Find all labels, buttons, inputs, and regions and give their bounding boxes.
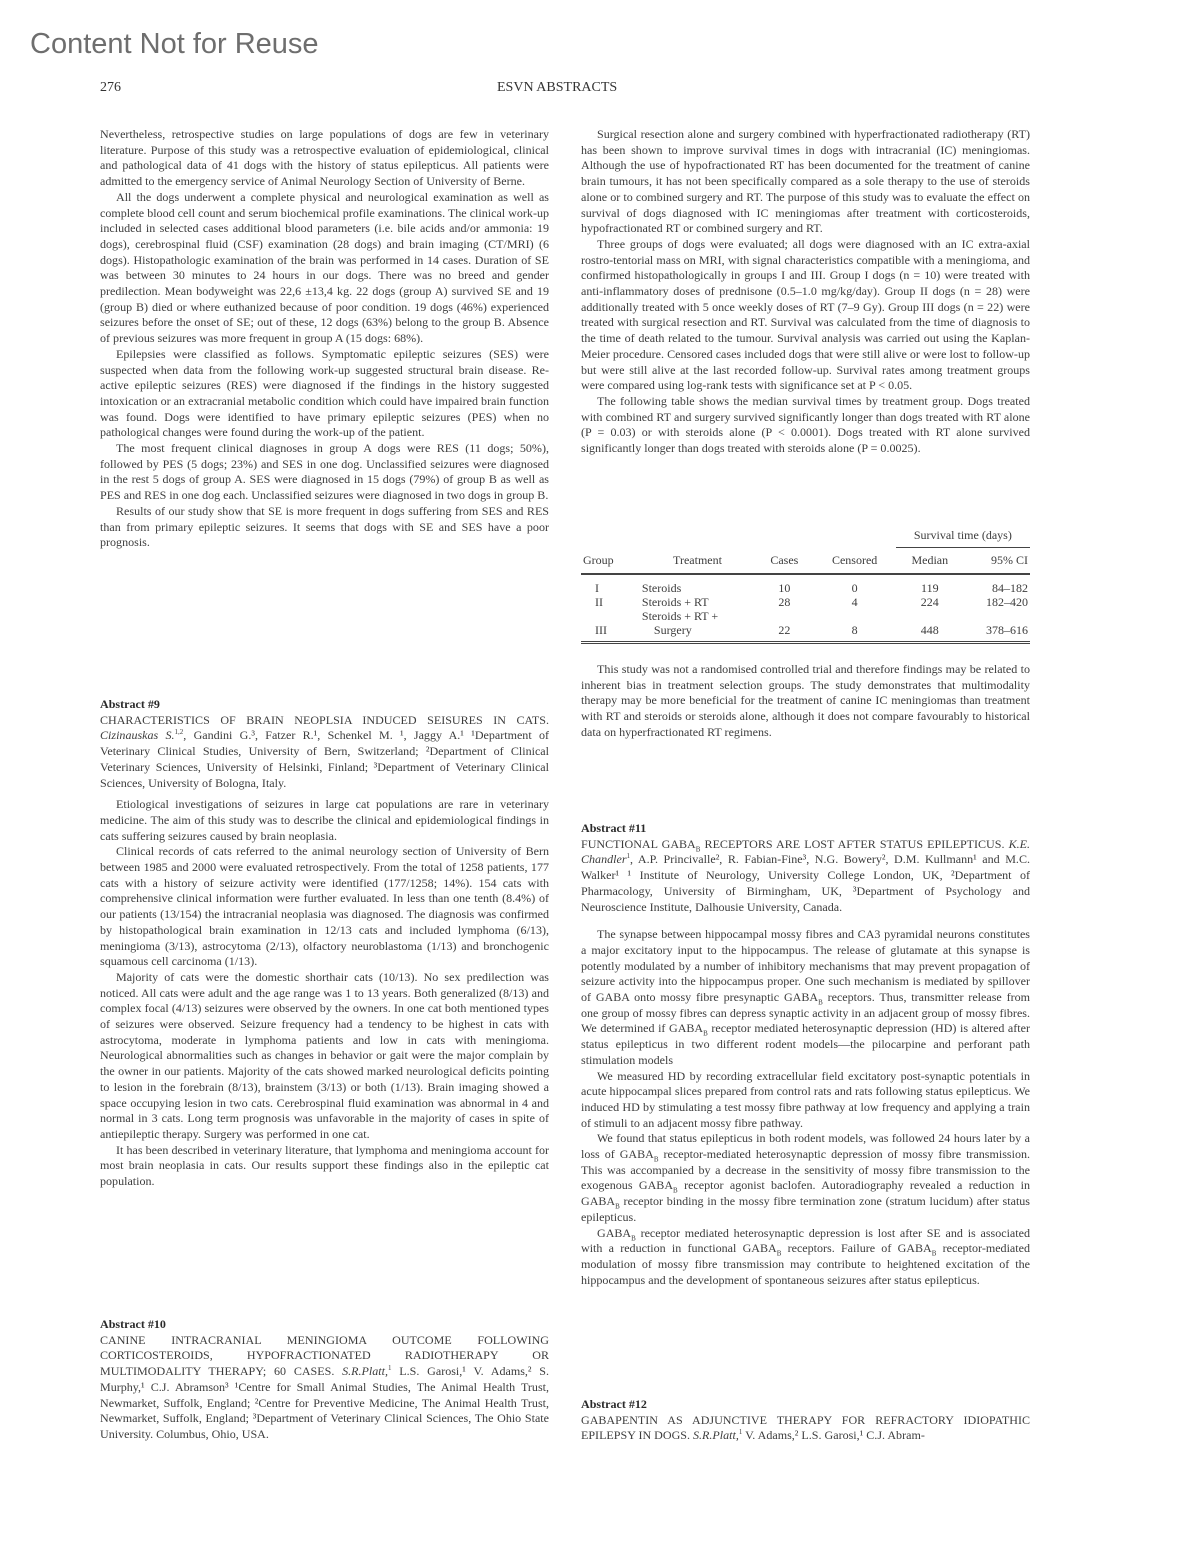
left-column-continuation: Nevertheless, retrospective studies on l… — [100, 127, 549, 551]
paragraph: This study was not a randomised controll… — [581, 662, 1030, 741]
table-row-continued: Steroids + RT + — [581, 609, 1030, 623]
cell-ci: 182–420 — [964, 595, 1030, 609]
first-author: Cizinauskas S. — [100, 728, 175, 742]
cell-censored: 0 — [814, 574, 896, 595]
abstract-label: Abstract #12 — [581, 1397, 1030, 1413]
survival-table: Survival time (days) Group Treatment Cas… — [581, 528, 1030, 644]
abstract-label: Abstract #11 — [581, 821, 1030, 837]
cell-cases: 22 — [755, 623, 813, 643]
column-header-censored: Censored — [814, 548, 896, 575]
cell-treatment-line2: Surgery — [640, 623, 755, 643]
cell-median: 119 — [896, 574, 964, 595]
paragraph: It has been described in veterinary lite… — [100, 1143, 549, 1190]
paragraph: The most frequent clinical diagnoses in … — [100, 441, 549, 504]
abstract-10-heading: Abstract #10 CANINE INTRACRANIAL MENINGI… — [100, 1317, 549, 1443]
paragraph: Surgical resection alone and surgery com… — [581, 127, 1030, 237]
abstract-10-body: Surgical resection alone and surgery com… — [581, 127, 1030, 457]
abstract-heading: CHARACTERISTICS OF BRAIN NEOPLSIA INDUCE… — [100, 713, 549, 792]
paragraph: Etiological investigations of seizures i… — [100, 797, 549, 844]
paragraph: Nevertheless, retrospective studies on l… — [100, 127, 549, 190]
paragraph: Majority of cats were the domestic short… — [100, 970, 549, 1143]
abstract-title: CHARACTERISTICS OF BRAIN NEOPLSIA INDUCE… — [100, 713, 549, 727]
cell-ci: 84–182 — [964, 574, 1030, 595]
page-number: 276 — [100, 80, 121, 96]
cell-cases: 28 — [755, 595, 813, 609]
table-row: II Steroids + RT 28 4 224 182–420 — [581, 595, 1030, 609]
first-author: S.R.Platt, — [693, 1428, 739, 1442]
cell-ci: 378–616 — [964, 623, 1030, 643]
cell-group: III — [581, 623, 640, 643]
column-header-median: Median — [896, 548, 964, 575]
affiliations: ¹ Institute of Neurology, University Col… — [581, 868, 1030, 913]
table-row: I Steroids 10 0 119 84–182 — [581, 574, 1030, 595]
abstract-title: FUNCTIONAL GABAB RECEPTORS ARE LOST AFTE… — [581, 837, 1004, 851]
paragraph: The synapse between hippocampal mossy fi… — [581, 927, 1030, 1068]
running-head: ESVN ABSTRACTS — [497, 80, 617, 96]
column-header-treatment: Treatment — [640, 548, 755, 575]
abstract-label: Abstract #10 — [100, 1317, 549, 1333]
cell-censored: 4 — [814, 595, 896, 609]
first-author: S.R.Platt, — [342, 1364, 388, 1378]
paragraph: Epilepsies were classified as follows. S… — [100, 347, 549, 441]
authors: , Gandini G.³, Fatzer R.¹, Schenkel M. ¹… — [183, 728, 464, 742]
paragraph: Results of our study show that SE is mor… — [100, 504, 549, 551]
cell-group: I — [581, 574, 640, 595]
cell-cases: 10 — [755, 574, 813, 595]
paragraph: GABAB receptor mediated heterosynaptic d… — [581, 1226, 1030, 1289]
abstract-10-conclusion: This study was not a randomised controll… — [581, 662, 1030, 741]
column-header-group: Group — [581, 548, 640, 575]
column-header-cases: Cases — [755, 548, 813, 575]
cell-median: 224 — [896, 595, 964, 609]
paragraph: Clinical records of cats referred to the… — [100, 844, 549, 970]
cell-treatment: Steroids + RT + — [640, 609, 755, 623]
cell-median: 448 — [896, 623, 964, 643]
cell-treatment: Steroids + RT — [640, 595, 755, 609]
author-superscript: 1,2 — [175, 728, 184, 736]
paragraph: Three groups of dogs were evaluated; all… — [581, 237, 1030, 394]
survival-table-wrapper: Survival time (days) Group Treatment Cas… — [581, 528, 1030, 644]
table-row: III Surgery 22 8 448 378–616 — [581, 623, 1030, 643]
authors: V. Adams,² L.S. Garosi,¹ C.J. Abram- — [742, 1428, 924, 1442]
paragraph: All the dogs underwent a complete physic… — [100, 190, 549, 347]
cell-group: II — [581, 595, 640, 609]
paragraph: We found that status epilepticus in both… — [581, 1131, 1030, 1225]
column-header-ci: 95% CI — [964, 548, 1030, 575]
abstract-12-heading: Abstract #12 GABAPENTIN AS ADJUNCTIVE TH… — [581, 1397, 1030, 1444]
abstract-heading: FUNCTIONAL GABAB RECEPTORS ARE LOST AFTE… — [581, 837, 1030, 916]
paragraph: We measured HD by recording extracellula… — [581, 1069, 1030, 1132]
paragraph: The following table shows the median sur… — [581, 394, 1030, 457]
cell-treatment: Steroids — [640, 574, 755, 595]
abstract-11: Abstract #11 FUNCTIONAL GABAB RECEPTORS … — [581, 821, 1030, 1288]
abstract-9: Abstract #9 CHARACTERISTICS OF BRAIN NEO… — [100, 697, 549, 1190]
abstract-heading: CANINE INTRACRANIAL MENINGIOMA OUTCOME F… — [100, 1333, 549, 1443]
span-header-survival-time: Survival time (days) — [896, 528, 1030, 548]
watermark: Content Not for Reuse — [30, 28, 319, 61]
abstract-heading: GABAPENTIN AS ADJUNCTIVE THERAPY FOR REF… — [581, 1413, 1030, 1444]
cell-censored: 8 — [814, 623, 896, 643]
abstract-label: Abstract #9 — [100, 697, 549, 713]
